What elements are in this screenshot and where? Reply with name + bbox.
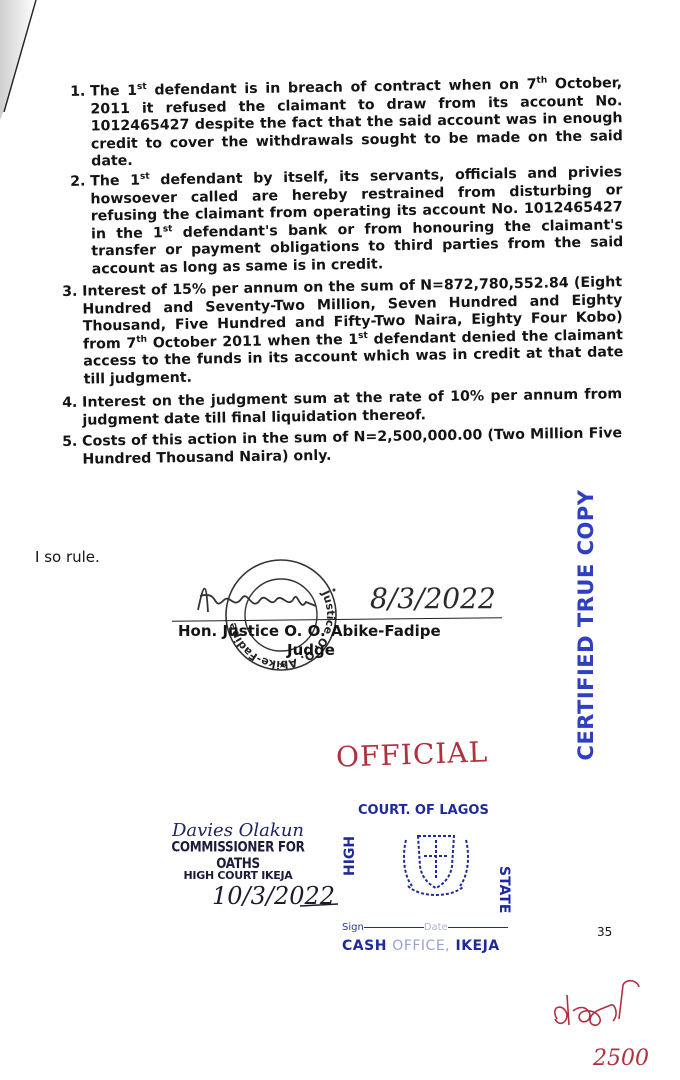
receipt-scribble: 2500	[545, 975, 680, 1075]
date-label: Date	[424, 922, 448, 933]
judge-name: Hon. Justice O. O. Abike-Fadipe	[178, 622, 441, 640]
order-item: 4.Interest on the judgment sum at the ra…	[62, 386, 622, 430]
ikeja-label: IKEJA	[456, 938, 500, 954]
order-item: 3.Interest of 15% per annum on the sum o…	[62, 274, 624, 389]
order-item: 1.The 1st defendant is in breach of cont…	[62, 75, 623, 172]
svg-text:★: ★	[278, 660, 287, 671]
order-number: 5.	[62, 434, 78, 452]
coat-of-arms-icon	[400, 826, 472, 900]
stamp-sign-date-line: SignDate	[342, 922, 508, 933]
office-label: OFFICE,	[392, 938, 450, 954]
commissioner-date: 10/3/2022	[210, 870, 340, 920]
cash-label: CASH	[342, 938, 387, 954]
closing-statement: I so rule.	[35, 548, 100, 566]
sign-label: Sign	[342, 922, 364, 933]
commissioner-line1: COMMISSIONER FOR OATHS	[148, 838, 328, 872]
order-number: 3.	[62, 283, 78, 301]
certified-true-copy-stamp: CERTIFIED TRUE COPY	[566, 505, 606, 745]
order-number: 2.	[70, 174, 86, 192]
court-stamp-left: HIGH	[342, 836, 358, 876]
judgment-orders: 1.The 1st defendant is in breach of cont…	[62, 84, 622, 469]
court-stamp-top: COURT. OF LAGOS	[358, 803, 489, 818]
certified-stamp-text: CERTIFIED TRUE COPY	[574, 490, 598, 761]
judge-signature: 8/3/2022	[190, 572, 520, 622]
official-handwritten: OFFICIAL	[335, 735, 488, 773]
judge-title: Judge	[287, 641, 335, 659]
order-item: 2.The 1st defendant by itself, its serva…	[62, 164, 624, 279]
order-number: 4.	[62, 395, 78, 413]
order-item: 5.Costs of this action in the sum of N=2…	[62, 425, 622, 469]
court-stamp-right: STATE	[496, 866, 512, 913]
cash-office-stamp: CASH OFFICE, IKEJA	[342, 938, 500, 954]
order-number: 1.	[70, 84, 86, 102]
page-edge	[0, 0, 40, 1080]
svg-text:8/3/2022: 8/3/2022	[370, 582, 496, 615]
page-number: 35	[597, 925, 612, 939]
svg-text:2500: 2500	[592, 1046, 649, 1071]
orders-list: 1.The 1st defendant is in breach of cont…	[62, 84, 622, 469]
